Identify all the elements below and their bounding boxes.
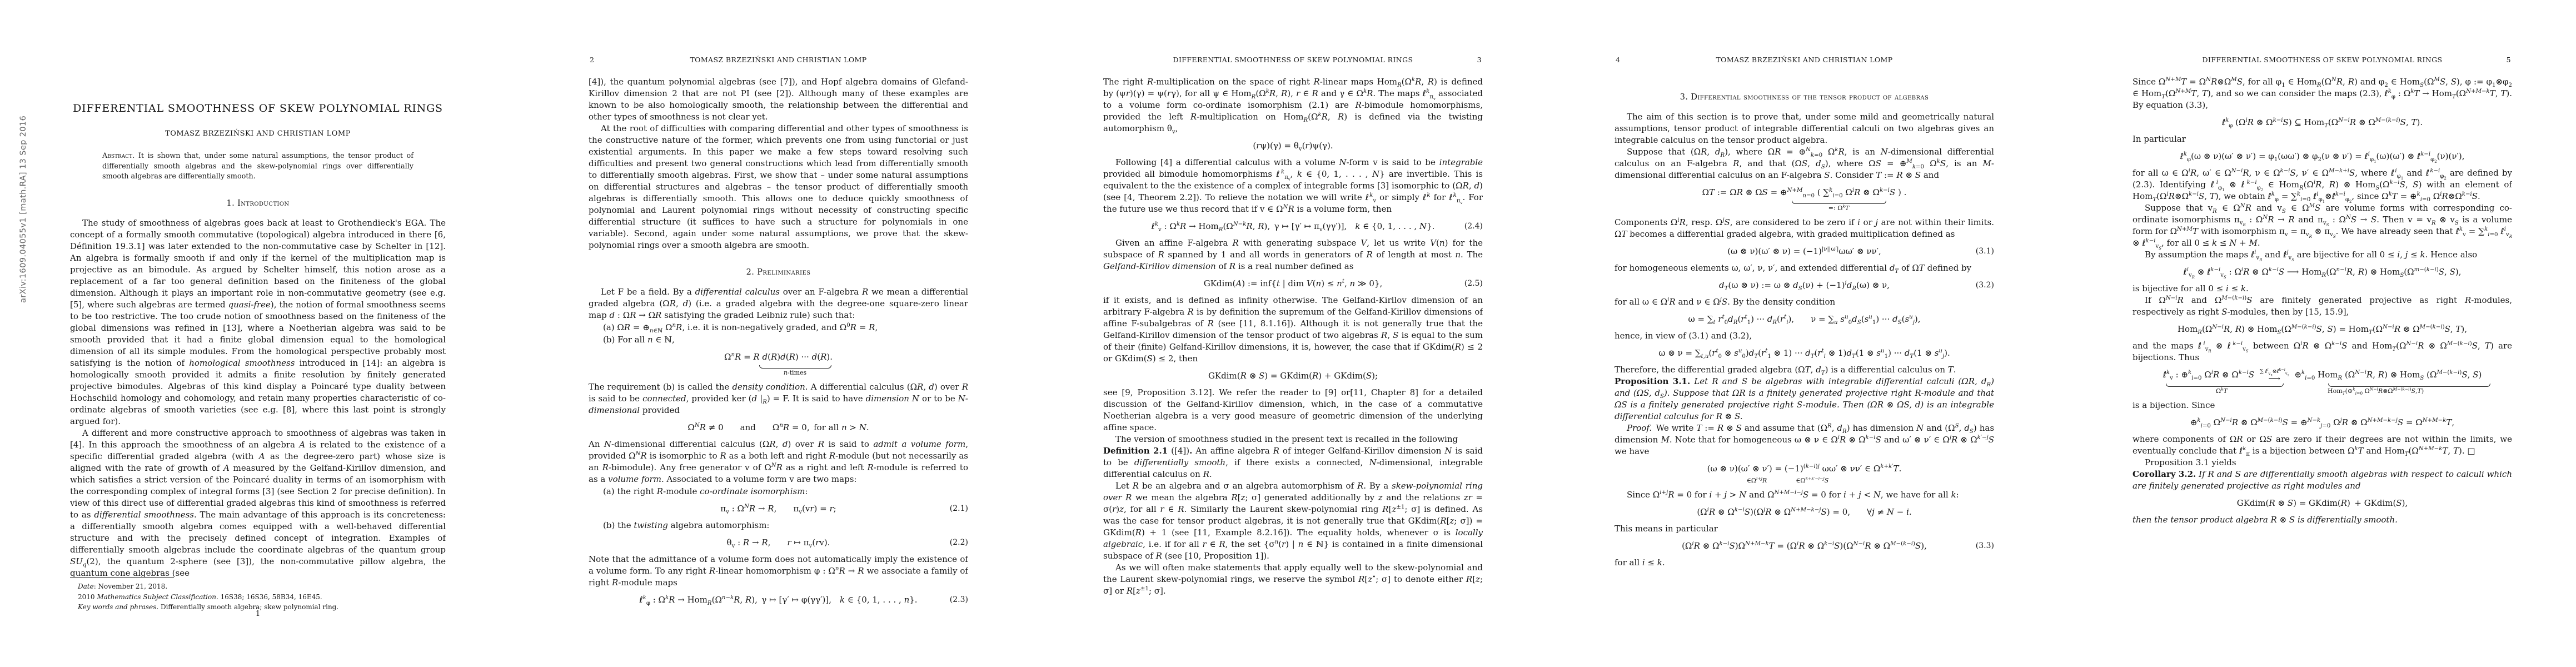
equation: ℓkv : ΩkR → HomR(ΩN−kR, R), γ ↦ [γ′ ↦ πv…	[1103, 220, 1483, 232]
header-page-number-right: 3	[1477, 56, 1482, 64]
page-body: Since ΩN+MT = ΩNR⊗ΩMS, for all φ1 ∈ HomR…	[2132, 76, 2512, 526]
paragraph: An N-dimensional differential calculus (…	[589, 439, 968, 485]
equation: (rψ)(γ) = θv(r)ψ(γ).	[1103, 140, 1483, 152]
equation-body: (rψ)(γ) = θv(r)ψ(γ).	[1129, 140, 1457, 152]
paragraph: Suppose that vR ∈ ΩNR and vS ∈ ΩMS are v…	[2132, 202, 2512, 249]
section-heading: 2. Preliminaries	[589, 268, 968, 277]
header-page-number-left: 2	[590, 56, 594, 64]
equation-body: ℓkv : ΩkR → HomR(ΩN−kR, R), γ ↦ [γ′ ↦ πv…	[1129, 220, 1457, 232]
paper-authors: TOMASZ BRZEZIŃSKI AND CHRISTIAN LOMP	[70, 130, 446, 138]
running-head: 4TOMASZ BRZEZIŃSKI AND CHRISTIAN LOMP	[1615, 56, 1994, 66]
page-4: 4TOMASZ BRZEZIŃSKI AND CHRISTIAN LOMP3. …	[1615, 0, 1994, 667]
paragraph: The aim of this section is to prove that…	[1615, 111, 1994, 146]
paragraph: [4]), the quantum polynomial algebras (s…	[589, 76, 968, 123]
header-page-number-right: 5	[2507, 56, 2511, 64]
paragraph: Following [4] a differential calculus wi…	[1103, 157, 1483, 215]
paragraph: The requirement (b) is called the densit…	[589, 381, 968, 416]
page-number-bottom: 1	[70, 610, 446, 618]
equation-body: dT(ω ⊗ ν) := ω ⊗ dS(ν) + (−1)idR(ω) ⊗ ν,	[1640, 279, 1969, 291]
page-body: [4]), the quantum polynomial algebras (s…	[589, 76, 968, 611]
equation: (ΩiR ⊗ Ωk−iS)ΩN+M−kT = (ΩiR ⊗ Ωk−iS)(ΩN−…	[1615, 540, 1994, 552]
equation-body: HomR(ΩN−iR, R) ⊗ HomS(ΩM−(k−i)S, S) = Ho…	[2158, 323, 2487, 335]
equation-body: ℓkφ (ΩiR ⊗ Ωk−iS) ⊆ HomT(ΩN−iR ⊗ ΩM−(k−i…	[2158, 116, 2487, 128]
page-2: 2TOMASZ BRZEZIŃSKI AND CHRISTIAN LOMP[4]…	[589, 0, 968, 667]
paragraph: The study of smoothness of algebras goes…	[70, 217, 446, 427]
paragraph: Corollary 3.2. If R and S are differenti…	[2132, 469, 2512, 492]
paragraph: Since Ωi+jR = 0 for i + j > N and ΩN+M−i…	[1615, 489, 1994, 501]
paragraph: is bijective for all 0 ≤ i ≤ k.	[2132, 283, 2512, 295]
equation-tag: (3.3)	[1969, 541, 1994, 550]
equation: ℓkφ(ω ⊗ ν)(ω′ ⊗ ν′) = φ1(ωω′) ⊗ φ2(ν ⊗ ν…	[2132, 150, 2512, 162]
paragraph: Let R be an algebra and σ an algebra aut…	[1103, 480, 1483, 562]
paragraph: The version of smoothness studied in the…	[1103, 434, 1483, 445]
equation-underbrace-label: ΩkTHomT(⊕ki=0 ΩN−iR⊗ΩM−(k−i)S,T)	[2132, 384, 2512, 395]
footnote-line: Date: November 21, 2018.	[70, 581, 446, 592]
equation: ΩnR = R d(R)d(R) ··· d(R).	[589, 351, 968, 363]
running-head-title: TOMASZ BRZEZIŃSKI AND CHRISTIAN LOMP	[1615, 56, 1994, 64]
running-head-title: DIFFERENTIAL SMOOTHNESS OF SKEW POLYNOMI…	[2132, 56, 2512, 64]
paragraph: then the tensor product algebra R ⊗ S is…	[2132, 514, 2512, 526]
equation-body: (ω ⊗ ν)(ω′ ⊗ ν′) = (−1)(k−i)j ωω′ ⊗ νν′ …	[1640, 462, 1969, 475]
page-5: DIFFERENTIAL SMOOTHNESS OF SKEW POLYNOMI…	[2132, 0, 2512, 667]
equation: πv : ΩNR → R, πv(vr) = r;(2.1)	[589, 502, 968, 515]
page-body: DIFFERENTIAL SMOOTHNESS OF SKEW POLYNOMI…	[70, 0, 446, 578]
list-item: (b) For all n ∈ ℕ,	[589, 334, 968, 346]
list-item: (a) ΩR = ⊕n∈ℕ ΩnR, i.e. it is non-negati…	[589, 322, 968, 333]
section-heading: 3. Differential smoothness of the tensor…	[1615, 93, 1994, 102]
equation: (ω ⊗ ν)(ω′ ⊗ ν) = (−1)|ν||ω′|ωω′ ⊗ νν′,(…	[1615, 245, 1994, 257]
equation-body: ℓkφ : ΩkR → HomR(Ωn−kR, R), γ ↦ [γ′ ↦ φ(…	[614, 594, 943, 606]
equation-body: ΩT := ΩR ⊗ ΩS = ⊕N+Mn=0 ( ∑ki=0 ΩiR ⊗ Ωk…	[1640, 186, 1969, 198]
paragraph: is a bijection. Since	[2132, 400, 2512, 411]
running-head: DIFFERENTIAL SMOOTHNESS OF SKEW POLYNOMI…	[1103, 56, 1483, 66]
paragraph: If ΩN−iR and ΩM−(k−i)S are finitely gene…	[2132, 295, 2512, 318]
equation-tag: (3.2)	[1969, 281, 1994, 290]
equation-body: πv : ΩNR → R, πv(vr) = r;	[614, 502, 943, 515]
equation-body: ΩnR = R d(R)d(R) ··· d(R).	[614, 351, 943, 363]
paragraph: Definition 2.1 ([4]). An affine algebra …	[1103, 445, 1483, 480]
equation-body: θv : R → R, r ↦ πv(rv).	[614, 536, 943, 549]
page-body: The right R-multiplication on the space …	[1103, 76, 1483, 597]
equation-underbrace-label: =: ΩkT	[1615, 201, 1994, 212]
running-head-title: TOMASZ BRZEZIŃSKI AND CHRISTIAN LOMP	[589, 56, 968, 64]
equation-tag: (2.1)	[943, 504, 968, 513]
equation-body: ℓkv : ⊕ki=0 ΩiR ⊗ Ωk−iS ∑ ℓivR⊗ℓk−ivS⟶ ⊕…	[2158, 369, 2487, 381]
paragraph: for homogeneous elements ω, ω′, ν, ν′, a…	[1615, 262, 1994, 274]
equation: ΩNR ≠ 0 and ΩnR = 0, for all n > N.	[589, 421, 968, 434]
page-1: DIFFERENTIAL SMOOTHNESS OF SKEW POLYNOMI…	[70, 0, 446, 667]
paragraph: Suppose that (ΩR, dR), where ΩR = ⊕Nk=0 …	[1615, 146, 1994, 181]
paragraph: The right R-multiplication on the space …	[1103, 76, 1483, 135]
equation-body: GKdim(R ⊗ S) = GKdim(R) + GKdim(S);	[1129, 370, 1457, 382]
equation-tag: (2.3)	[943, 595, 968, 604]
paragraph: Note that the admittance of a volume for…	[589, 554, 968, 589]
equation-tag: (2.5)	[1457, 279, 1483, 288]
equation-body: ω ⊗ ν = ∑t,u(rt0 ⊗ su0)dT(rt1 ⊗ 1) ··· d…	[1640, 347, 1969, 359]
equation: ℓkφ (ΩiR ⊗ Ωk−iS) ⊆ HomT(ΩN−iR ⊗ ΩM−(k−i…	[2132, 116, 2512, 128]
document: arXiv:1609.04055v1 [math.RA] 13 Sep 2016…	[0, 0, 2576, 667]
equation-body: ΩNR ≠ 0 and ΩnR = 0, for all n > N.	[614, 421, 943, 434]
equation: GKdim(R ⊗ S) = GKdim(R) + GKdim(S),	[2132, 497, 2512, 509]
list-item: (a) the right R-module co-ordinate isomo…	[589, 486, 968, 497]
paragraph: if it exists, and is defined as infinity…	[1103, 295, 1483, 365]
paragraph: and the maps ℓivR ⊗ ℓk−ivS between ΩiR ⊗…	[2132, 340, 2512, 364]
paragraph: for all ω ∈ ΩiR and ν ∈ ΩjS. By the dens…	[1615, 296, 1994, 308]
equation: ω ⊗ ν = ∑t,u(rt0 ⊗ su0)dT(rt1 ⊗ 1) ··· d…	[1615, 347, 1994, 359]
equation: (ΩiR ⊗ Ωk−iS)(ΩjR ⊗ ΩN+M−k−jS) = 0, ∀j ≠…	[1615, 506, 1994, 518]
section-heading: 1. Introduction	[70, 199, 446, 208]
equation: ℓkv : ⊕ki=0 ΩiR ⊗ Ωk−iS ∑ ℓivR⊗ℓk−ivS⟶ ⊕…	[2132, 369, 2512, 381]
paragraph: where components of ΩR or ΩS are zero if…	[2132, 434, 2512, 457]
paragraph: for all i ≤ k.	[1615, 557, 1994, 569]
paragraph: In particular	[2132, 133, 2512, 145]
paragraph: This means in particular	[1615, 523, 1994, 535]
paragraph: At the root of difficulties with compari…	[589, 123, 968, 251]
equation-body: ω = ∑t rt0dR(rt1) ··· dR(rti), ν = ∑u su…	[1640, 313, 1969, 325]
equation-tag: (3.1)	[1969, 247, 1994, 256]
paragraph: By assumption the maps ℓivR and ℓjvS are…	[2132, 249, 2512, 261]
equation-tag: (2.4)	[1457, 222, 1483, 231]
page-3: DIFFERENTIAL SMOOTHNESS OF SKEW POLYNOMI…	[1103, 0, 1483, 667]
equation-underbrace-label: n-times	[589, 365, 968, 376]
paragraph: hence, in view of (3.1) and (3.2),	[1615, 330, 1994, 342]
paragraph: A different and more constructive approa…	[70, 427, 446, 579]
running-head-title: DIFFERENTIAL SMOOTHNESS OF SKEW POLYNOMI…	[1103, 56, 1483, 64]
equation-underbrace-label: ∈Ωi+jR∈Ωk+k′−i−jS	[1615, 477, 1994, 484]
running-head: 2TOMASZ BRZEZIŃSKI AND CHRISTIAN LOMP	[589, 56, 968, 66]
equation-body: ℓkφ(ω ⊗ ν)(ω′ ⊗ ν′) = φ1(ωω′) ⊗ φ2(ν ⊗ ν…	[2158, 150, 2487, 162]
list-item: (b) the twisting algebra automorphism:	[589, 520, 968, 531]
paragraph: Components ΩiR, resp. ΩjS, are considere…	[1615, 217, 1994, 240]
equation-body: (ΩiR ⊗ Ωk−iS)ΩN+M−kT = (ΩiR ⊗ Ωk−iS)(ΩN−…	[1640, 540, 1969, 552]
equation: ω = ∑t rt0dR(rt1) ··· dR(rti), ν = ∑u su…	[1615, 313, 1994, 325]
equation: ΩT := ΩR ⊗ ΩS = ⊕N+Mn=0 ( ∑ki=0 ΩiR ⊗ Ωk…	[1615, 186, 1994, 198]
equation-body: GKdim(A) := inf{t | dim V(n) ≤ nt, n ≫ 0…	[1129, 277, 1457, 290]
equation: GKdim(R ⊗ S) = GKdim(R) + GKdim(S);	[1103, 370, 1483, 382]
paper-title: DIFFERENTIAL SMOOTHNESS OF SKEW POLYNOMI…	[70, 102, 446, 115]
paragraph: Let F be a field. By a differential calc…	[589, 286, 968, 321]
arxiv-stamp: arXiv:1609.04055v1 [math.RA] 13 Sep 2016	[19, 116, 28, 303]
equation: dT(ω ⊗ ν) := ω ⊗ dS(ν) + (−1)idR(ω) ⊗ ν,…	[1615, 279, 1994, 291]
equation: ℓkφ : ΩkR → HomR(Ωn−kR, R), γ ↦ [γ′ ↦ φ(…	[589, 594, 968, 606]
page-body: 3. Differential smoothness of the tensor…	[1615, 76, 1994, 569]
paragraph: Proposition 3.1 yields	[2132, 457, 2512, 469]
paragraph: Given an affine F-algebra R with generat…	[1103, 237, 1483, 272]
equation: θv : R → R, r ↦ πv(rv).(2.2)	[589, 536, 968, 549]
equation-body: GKdim(R ⊗ S) = GKdim(R) + GKdim(S),	[2158, 497, 2487, 509]
equation: ⊕ki=0 ΩN−iR ⊗ ΩM−(k−i)S = ⊕N−kj=0 ΩjR ⊗ …	[2132, 416, 2512, 429]
paragraph: for all ω ∈ ΩiR, ω′ ∈ ΩN−iR, ν ∈ Ωk−iS, …	[2132, 167, 2512, 202]
footnote-line: 2010 Mathematics Subject Classification.…	[70, 592, 446, 603]
running-head: DIFFERENTIAL SMOOTHNESS OF SKEW POLYNOMI…	[2132, 56, 2512, 66]
paragraph: Proposition 3.1. Let R and S be algebras…	[1615, 376, 1994, 422]
equation: (ω ⊗ ν)(ω′ ⊗ ν′) = (−1)(k−i)j ωω′ ⊗ νν′ …	[1615, 462, 1994, 475]
equation-body: ℓivR ⊗ ℓk−ivS : ΩiR ⊗ Ωk−iS ⟶ HomR(Ωn−iR…	[2158, 266, 2487, 278]
equation-body: ⊕ki=0 ΩN−iR ⊗ ΩM−(k−i)S = ⊕N−kj=0 ΩjR ⊗ …	[2158, 416, 2487, 429]
equation: GKdim(A) := inf{t | dim V(n) ≤ nt, n ≫ 0…	[1103, 277, 1483, 290]
paragraph: As we will often make statements that ap…	[1103, 562, 1483, 597]
equation: HomR(ΩN−iR, R) ⊗ HomS(ΩM−(k−i)S, S) = Ho…	[2132, 323, 2512, 335]
paragraph: see [9, Proposition 3.12]. We refer the …	[1103, 387, 1483, 434]
equation-body: (ΩiR ⊗ Ωk−iS)(ΩjR ⊗ ΩN+M−k−jS) = 0, ∀j ≠…	[1640, 506, 1969, 518]
footnote-rule	[70, 577, 174, 578]
paragraph: Since ΩN+MT = ΩNR⊗ΩMS, for all φ1 ∈ HomR…	[2132, 76, 2512, 111]
equation-body: (ω ⊗ ν)(ω′ ⊗ ν) = (−1)|ν||ω′|ωω′ ⊗ νν′,	[1640, 245, 1969, 257]
header-page-number-left: 4	[1616, 56, 1620, 64]
paragraph: Proof. We write T := R ⊗ S and assume th…	[1615, 422, 1994, 457]
equation: ℓivR ⊗ ℓk−ivS : ΩiR ⊗ Ωk−iS ⟶ HomR(Ωn−iR…	[2132, 266, 2512, 278]
paragraph: Therefore, the differential graded algeb…	[1615, 364, 1994, 376]
abstract: Abstract. It is shown that, under some n…	[102, 151, 413, 182]
footnote: Date: November 21, 2018.2010 Mathematics…	[70, 577, 446, 613]
equation-tag: (2.2)	[943, 538, 968, 547]
